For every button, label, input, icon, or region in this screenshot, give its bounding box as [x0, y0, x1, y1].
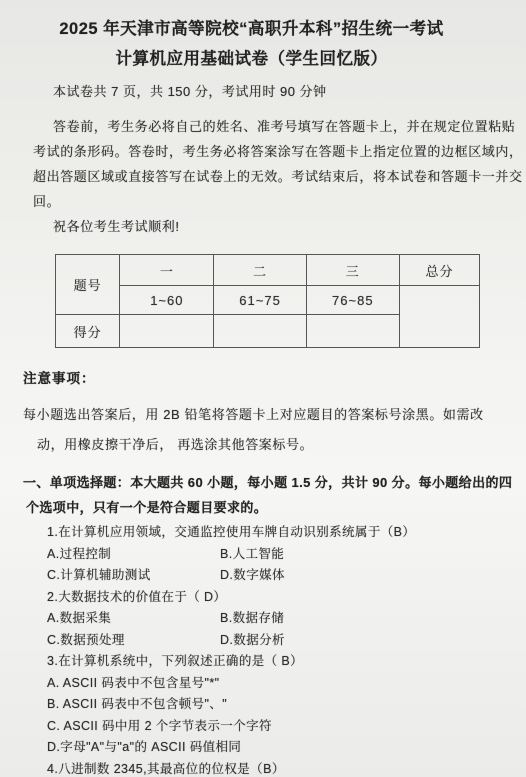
option-a: A.数据采集 [47, 608, 220, 630]
instruction-line: 答卷前，考生务必将自己的姓名、准考号填写在答题卡上，并在规定位置粘贴 [53, 114, 480, 139]
notice-line: 动，用橡皮擦干净后， 再选涂其他答案标号。 [37, 430, 480, 460]
section-3-header-cell: 三 [306, 255, 399, 286]
instruction-line: 超出答题区域或直接答写在试卷上的无效。考试结束后，将本试卷和答题卡一并交 [33, 164, 480, 189]
score-table-header-cell: 题号 [56, 255, 120, 315]
section-2-header-cell: 二 [214, 255, 306, 286]
question-stem: 2.大数据技术的价值在于（ D） [47, 587, 480, 609]
question-1: 1.在计算机应用领域，交通监控使用车牌自动识别系统属于（B） A.过程控制 B.… [47, 522, 480, 587]
section-one-heading: 一、单项选择题：本大题共 60 小题，每小题 1.5 分，共计 90 分。每小题… [23, 470, 480, 520]
section-heading-line: 个选项中，只有一个是符合题目要求的。 [26, 495, 480, 520]
question-options: A.数据采集 B.数据存储 C.数据预处理 D.数据分析 [47, 608, 480, 651]
table-row: 题号 一 二 三 总分 [56, 255, 480, 286]
question-4: 4.八进制数 2345,其最高位的位权是（B） [47, 759, 480, 777]
notice-body: 每小题选出答案后，用 2B 铅笔将答题卡上对应题目的答案标号涂黑。如需改 动，用… [23, 400, 480, 460]
question-stem: 4.八进制数 2345,其最高位的位权是（B） [47, 759, 480, 777]
section-2-range-cell: 61~75 [214, 286, 306, 315]
table-row: 1~60 61~75 76~85 [56, 286, 480, 315]
total-header-cell: 总分 [399, 255, 479, 286]
instruction-line: 回。 [33, 189, 480, 214]
section-1-score-cell [120, 315, 214, 348]
exam-instructions: 答卷前，考生务必将自己的姓名、准考号填写在答题卡上，并在规定位置粘贴 考试的条形… [23, 114, 480, 239]
exam-paper-page: 2025 年天津市高等院校“高职升本科”招生统一考试 计算机应用基础试卷（学生回… [0, 0, 526, 777]
section-heading-line: 一、单项选择题：本大题共 60 小题，每小题 1.5 分，共计 90 分。每小题… [23, 470, 480, 495]
question-options: A.过程控制 B.人工智能 C.计算机辅助测试 D.数字媒体 [47, 544, 480, 587]
question-stem: 1.在计算机应用领域，交通监控使用车牌自动识别系统属于（B） [47, 522, 480, 544]
total-score-cell [399, 286, 479, 348]
question-2: 2.大数据技术的价值在于（ D） A.数据采集 B.数据存储 C.数据预处理 D… [47, 587, 480, 652]
option-d: D.字母"A"与"a"的 ASCII 码值相同 [47, 737, 480, 759]
option-c: C.计算机辅助测试 [47, 565, 220, 587]
option-d: D.数字媒体 [220, 565, 480, 587]
section-3-range-cell: 76~85 [306, 286, 399, 315]
option-a: A. ASCII 码表中不包含星号"*" [47, 673, 480, 695]
option-a: A.过程控制 [47, 544, 220, 566]
exam-title-line2: 计算机应用基础试卷（学生回忆版） [23, 44, 480, 74]
option-b: B.数据存储 [220, 608, 480, 630]
score-table: 题号 一 二 三 总分 1~60 61~75 76~85 得分 [55, 254, 480, 348]
option-b: B. ASCII 码表中不包含顿号"、" [47, 694, 480, 716]
score-row-label-cell: 得分 [56, 315, 120, 348]
option-d: D.数据分析 [220, 630, 480, 652]
notice-line: 每小题选出答案后，用 2B 铅笔将答题卡上对应题目的答案标号涂黑。如需改 [23, 400, 480, 430]
option-c: C. ASCII 码中用 2 个字节表示一个字符 [47, 716, 480, 738]
notice-heading: 注意事项： [23, 367, 480, 387]
option-c: C.数据预处理 [47, 630, 220, 652]
option-b: B.人工智能 [220, 544, 480, 566]
section-1-range-cell: 1~60 [120, 286, 214, 315]
exam-title: 2025 年天津市高等院校“高职升本科”招生统一考试 计算机应用基础试卷（学生回… [23, 14, 480, 74]
exam-title-line1: 2025 年天津市高等院校“高职升本科”招生统一考试 [23, 14, 480, 44]
question-list: 1.在计算机应用领域，交通监控使用车牌自动识别系统属于（B） A.过程控制 B.… [47, 522, 480, 777]
section-2-score-cell [214, 315, 306, 348]
section-1-header-cell: 一 [120, 255, 214, 286]
instruction-line: 考试的条形码。答卷时，考生务必将答案涂写在答题卡上指定位置的边框区域内， [33, 139, 480, 164]
section-3-score-cell [306, 315, 399, 348]
question-stem: 3.在计算机系统中，下列叙述正确的是（ B） [47, 651, 480, 673]
question-3: 3.在计算机系统中，下列叙述正确的是（ B） A. ASCII 码表中不包含星号… [47, 651, 480, 759]
wish-line: 祝各位考生考试顺利! [53, 214, 480, 239]
exam-meta-line: 本试卷共 7 页，共 150 分，考试用时 90 分钟 [53, 81, 480, 100]
